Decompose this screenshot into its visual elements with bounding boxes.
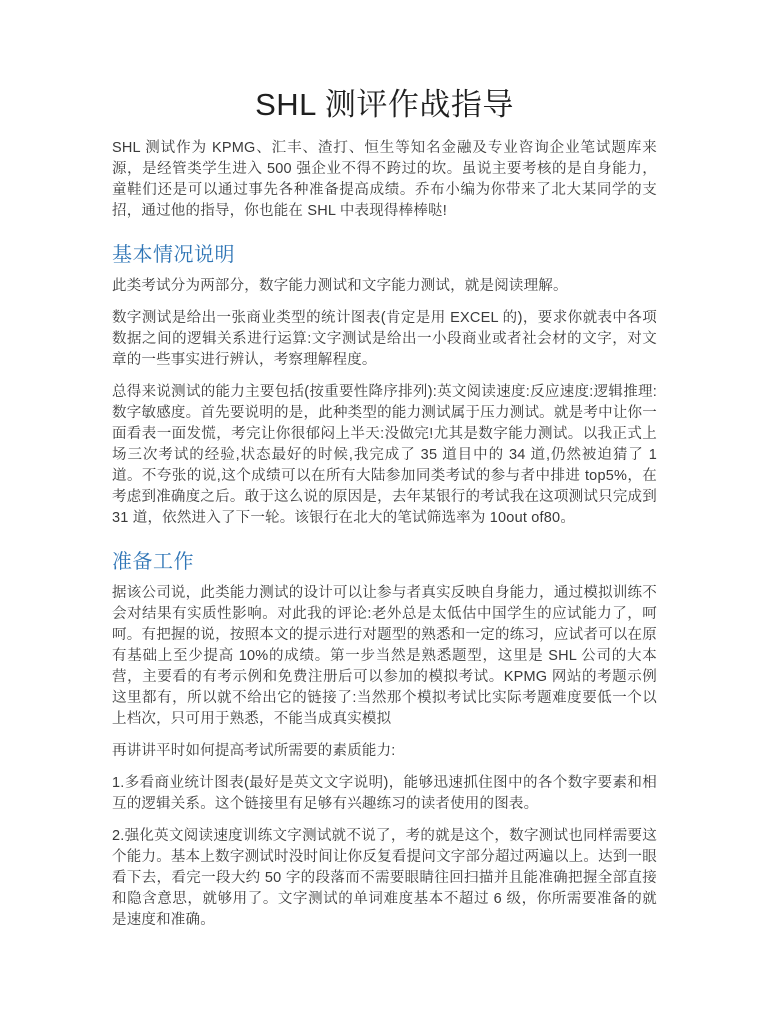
preparation-paragraph-1: 据该公司说，此类能力测试的设计可以让参与者真实反映自身能力，通过模拟训练不会对结…: [112, 583, 657, 730]
basic-info-paragraph-3: 总得来说测试的能力主要包括(按重要性降序排列):英文阅读速度:反应速度:逻辑推理…: [112, 382, 657, 529]
section-heading-basic-info: 基本情况说明: [112, 242, 657, 269]
preparation-paragraph-3: 1.多看商业统计图表(最好是英文文字说明)，能够迅速抓住图中的各个数字要素和相互…: [112, 773, 657, 815]
document-page: SHL 测评作战指导 SHL 测试作为 KPMG、汇丰、渣打、恒生等知名金融及专…: [0, 0, 768, 1024]
basic-info-paragraph-2: 数字测试是给出一张商业类型的统计图表(肯定是用 EXCEL 的)，要求你就表中各…: [112, 308, 657, 371]
document-title: SHL 测评作战指导: [112, 84, 657, 126]
intro-paragraph: SHL 测试作为 KPMG、汇丰、渣打、恒生等知名金融及专业咨询企业笔试题库来源…: [112, 138, 657, 222]
preparation-paragraph-4: 2.强化英文阅读速度训练文字测试就不说了，考的就是这个，数字测试也同样需要这个能…: [112, 826, 657, 931]
basic-info-paragraph-1: 此类考试分为两部分，数字能力测试和文字能力测试，就是阅读理解。: [112, 276, 657, 297]
section-heading-preparation: 准备工作: [112, 549, 657, 576]
preparation-paragraph-2: 再讲讲平时如何提高考试所需要的素质能力:: [112, 741, 657, 762]
